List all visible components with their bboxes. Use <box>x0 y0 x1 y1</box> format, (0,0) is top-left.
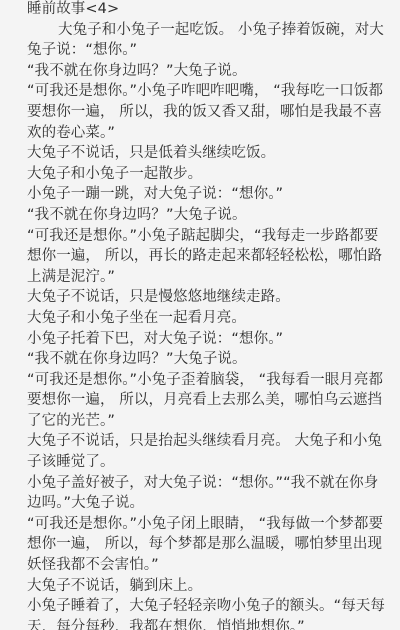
story-line: 了它的光芒。” <box>27 411 377 432</box>
story-line: 想你一遍， 所以，每个梦都是那么温暖，哪怕梦里出现 <box>27 534 377 555</box>
story-line: “我不就在你身边吗？”大兔子说。 <box>27 205 377 226</box>
story-line: 欢的卷心菜。” <box>27 123 377 144</box>
story-line: 小兔子盖好被子，对大兔子说：“想你。”“我不就在你身 <box>27 473 377 494</box>
story-line: 要想你一遍， 所以，我的饭又香又甜，哪怕是我最不喜 <box>27 102 377 123</box>
story-line: “可我还是想你。”小兔子闭上眼睛， “我每做一个梦都要 <box>27 514 377 535</box>
story-line: 大兔子不说话，躺到床上。 <box>27 576 377 597</box>
story-line: “可我还是想你。”小兔子踮起脚尖，“我每走一步路都要 <box>27 226 377 247</box>
story-line: 大兔子不说话，只是低着头继续吃饭。 <box>27 143 377 164</box>
story-line: “我不就在你身边吗？”大兔子说。 <box>27 61 377 82</box>
story-line: 上满是泥泞。” <box>27 267 377 288</box>
story-line: 小兔子托着下巴，对大兔子说：“想你。” <box>27 329 377 350</box>
story-line: 大兔子和小兔子一起散步。 <box>27 164 377 185</box>
story-line: 妖怪我都不会害怕。” <box>27 555 377 576</box>
story-line: 子该睡觉了。 <box>27 452 377 473</box>
story-document: 睡前故事<4> 大兔子和小兔子一起吃饭。 小兔子捧着饭碗，对大 兔子说：“想你。… <box>27 0 377 630</box>
story-line: 边吗。”大兔子说。 <box>27 493 377 514</box>
story-line: “可我还是想你。”小兔子咋吧咋吧嘴， “我每吃一口饭都 <box>27 81 377 102</box>
story-line: 要想你一遍， 所以，月亮看上去那么美，哪怕乌云遮挡 <box>27 390 377 411</box>
story-line: 大兔子和小兔子坐在一起看月亮。 <box>27 308 377 329</box>
story-line: 大兔子不说话，只是慢悠悠地继续走路。 <box>27 287 377 308</box>
story-line: 想你一遍， 所以，再长的路走起来都轻轻松松，哪怕路 <box>27 246 377 267</box>
story-line: 大兔子不说话，只是抬起头继续看月亮。 大兔子和小兔 <box>27 431 377 452</box>
story-line: 小兔子睡着了，大兔子轻轻亲吻小兔子的额头。“每天每 <box>27 596 377 617</box>
story-line: 兔子说：“想你。” <box>27 40 377 61</box>
story-line: 天，每分每秒，我都在想你，悄悄地想你。” <box>27 617 377 630</box>
story-line: 小兔子一蹦一跳，对大兔子说：“想你。” <box>27 184 377 205</box>
story-line: “我不就在你身边吗？”大兔子说。 <box>27 349 377 370</box>
story-line: “可我还是想你。”小兔子歪着脑袋， “我每看一眼月亮都 <box>27 370 377 391</box>
story-title: 睡前故事<4> <box>27 0 377 20</box>
story-line: 大兔子和小兔子一起吃饭。 小兔子捧着饭碗，对大 <box>27 20 377 41</box>
